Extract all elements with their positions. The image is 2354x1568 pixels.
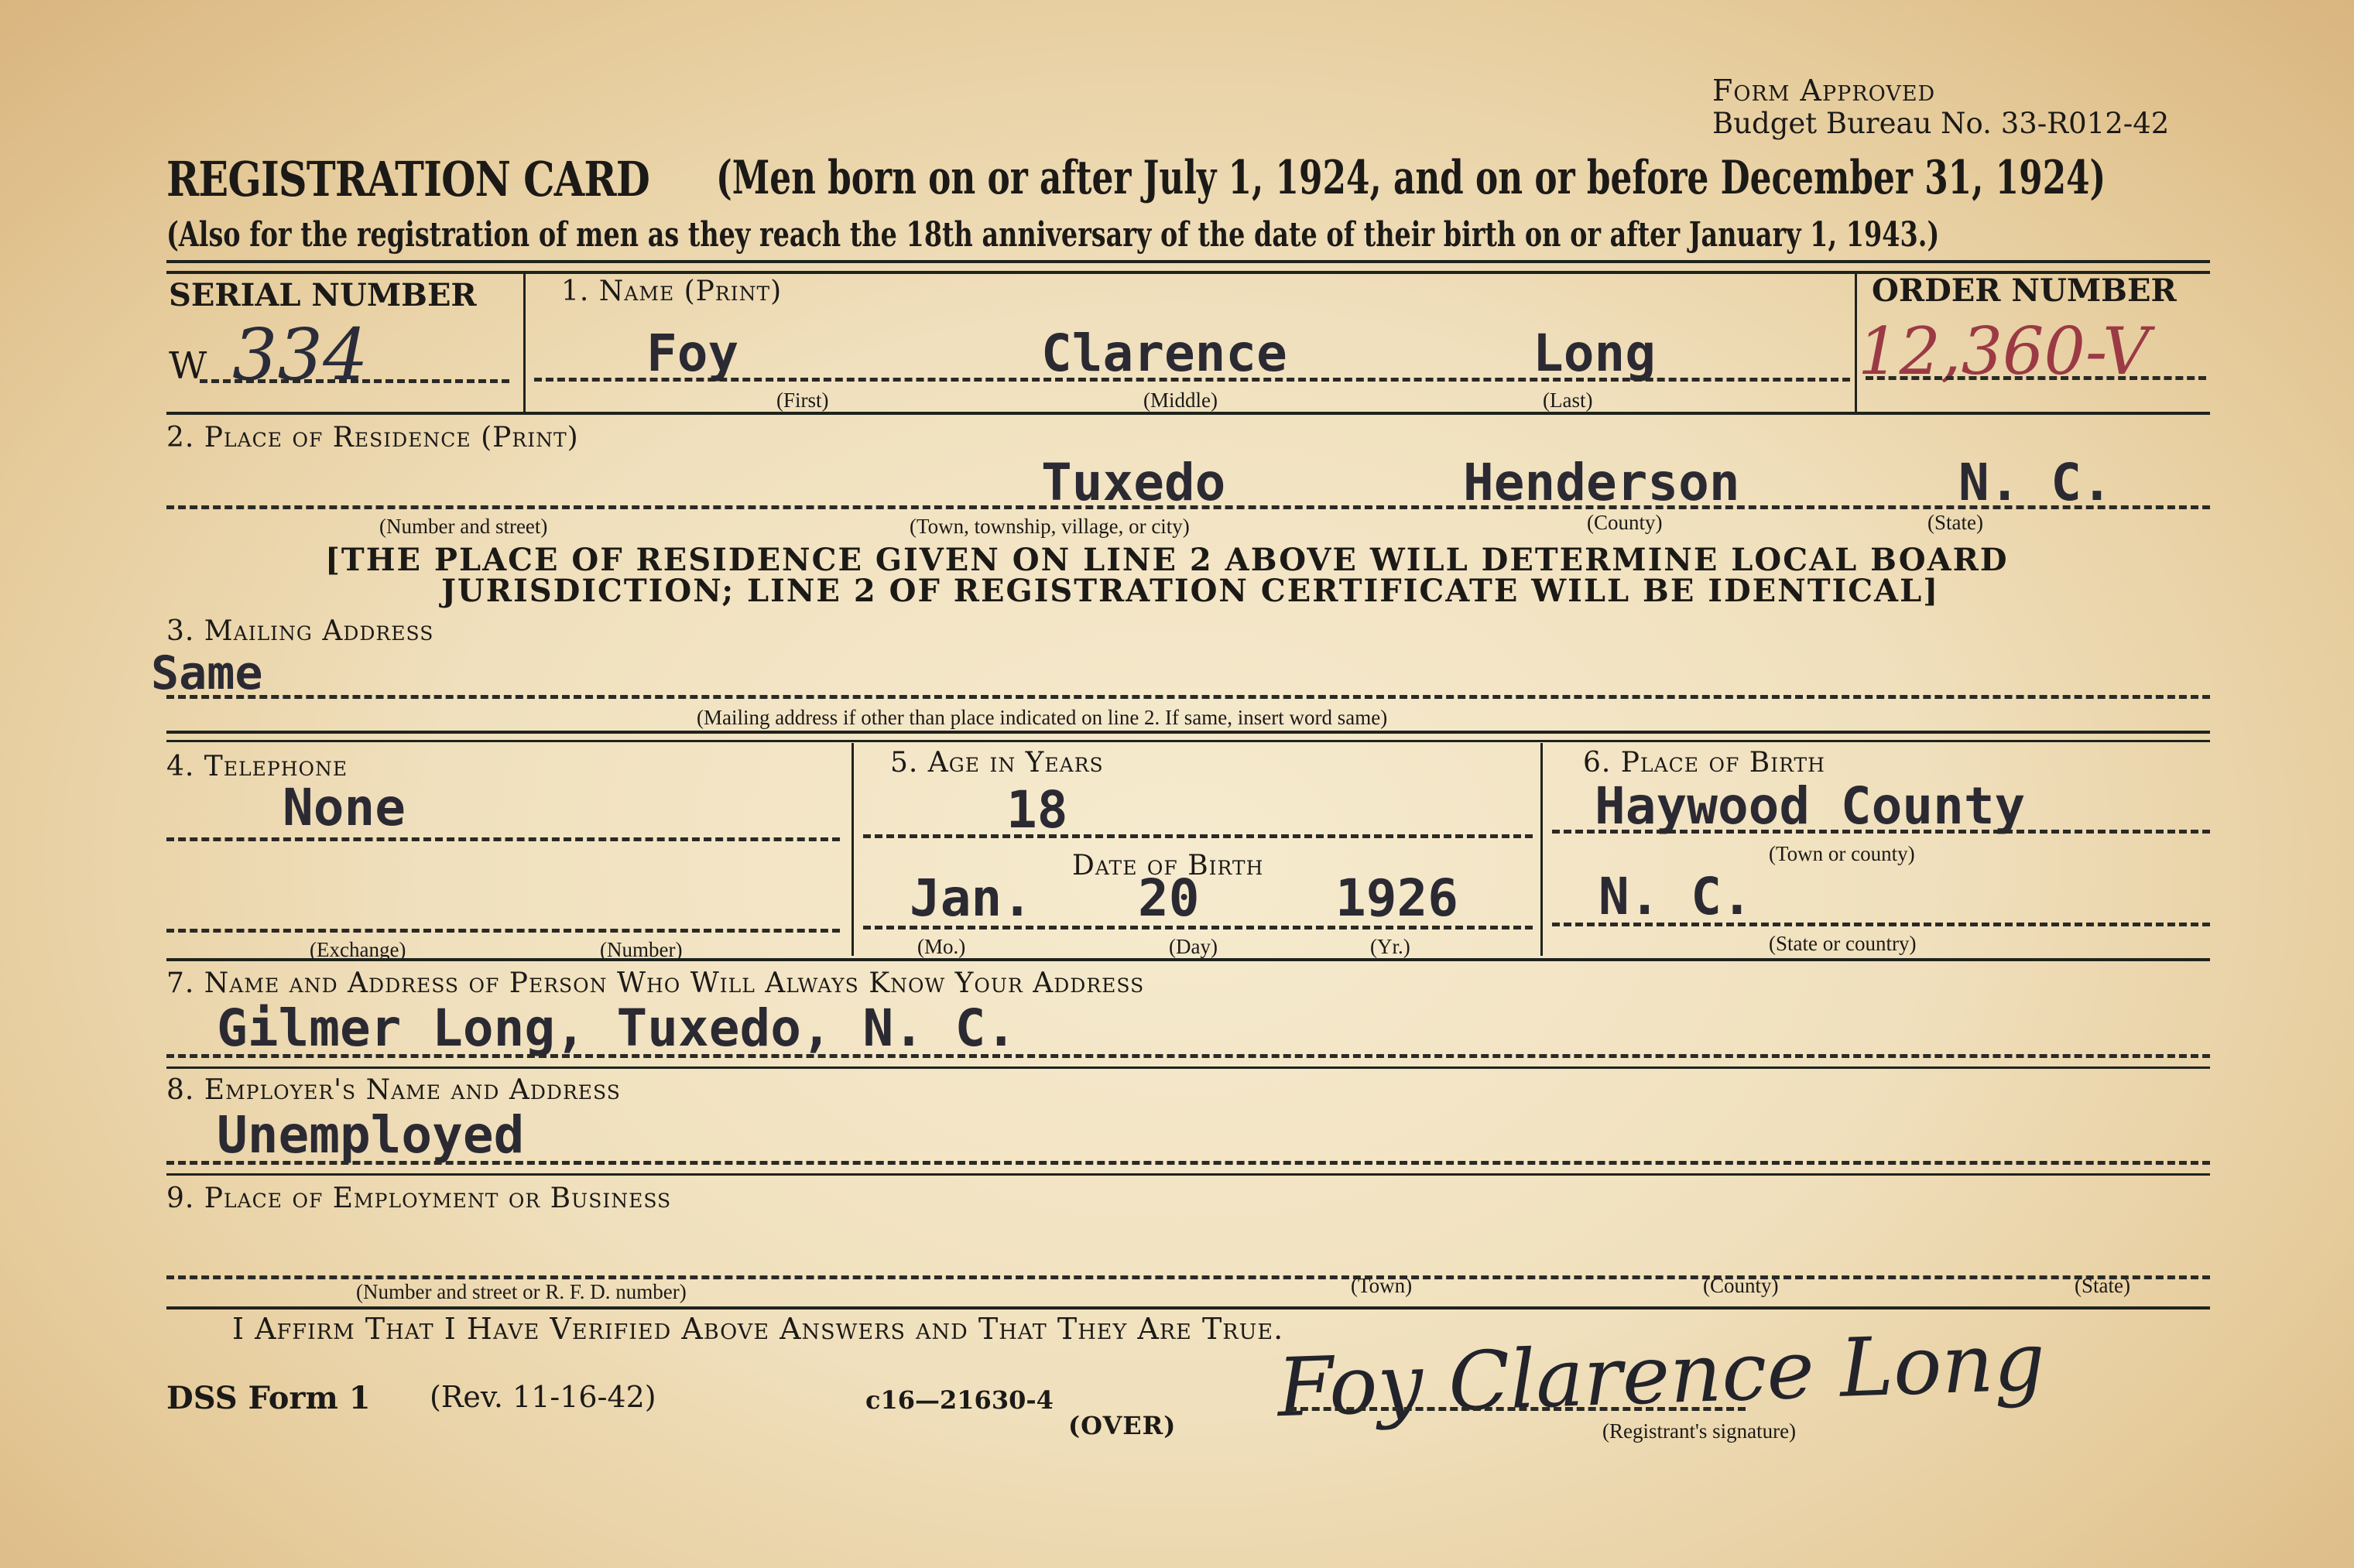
town-hint: (Town, township, village, or city) <box>910 515 1190 539</box>
divider <box>166 958 2210 961</box>
telephone-value[interactable]: None <box>283 778 406 837</box>
divider <box>166 412 2210 415</box>
birth-town-line <box>1552 830 2210 834</box>
residence-state-value[interactable]: N. C. <box>1958 453 2112 512</box>
form-revision: (Rev. 11-16-42) <box>430 1380 656 1414</box>
divider <box>851 743 854 956</box>
divider <box>166 1306 2210 1310</box>
birth-state-line <box>1552 923 2210 926</box>
employment-place-line[interactable] <box>166 1275 2210 1279</box>
affirmation-statement: I Affirm That I Have Verified Above Answ… <box>232 1312 1283 1346</box>
serial-number-label: SERIAL NUMBER <box>169 277 477 313</box>
year-hint: (Yr.) <box>1370 935 1410 959</box>
first-hint: (First) <box>776 389 829 413</box>
birth-state-hint: (State or country) <box>1769 932 1916 956</box>
divider <box>166 740 2210 742</box>
state-hint: (State) <box>1927 511 1983 535</box>
dob-line <box>863 926 1533 930</box>
over-indicator: (OVER) <box>1068 1411 1176 1440</box>
contact-person-label: 7. Name and Address of Person Who Will A… <box>166 967 1144 999</box>
telephone-line <box>166 837 840 841</box>
divider <box>523 274 526 412</box>
serial-line <box>200 379 509 383</box>
signature-line <box>1289 1407 1746 1411</box>
card-eligibility: (Men born on or after July 1, 1924, and … <box>716 151 2106 205</box>
divider <box>166 260 2210 263</box>
mailing-address-value[interactable]: Same <box>151 646 263 700</box>
residence-line <box>166 505 2210 509</box>
employment-state-hint: (State) <box>2075 1274 2130 1298</box>
birth-town-value[interactable]: Haywood County <box>1595 776 2025 836</box>
serial-number-value[interactable]: 334 <box>232 313 368 396</box>
birth-day-value[interactable]: 20 <box>1138 868 1199 928</box>
age-label: 5. Age in Years <box>890 747 1104 779</box>
telephone-line-2 <box>166 929 840 933</box>
residence-county-value[interactable]: Henderson <box>1463 453 1740 512</box>
mailing-line <box>166 695 2210 699</box>
birth-town-hint: (Town or county) <box>1769 842 1915 866</box>
middle-hint: (Middle) <box>1143 389 1218 413</box>
residence-label: 2. Place of Residence (Print) <box>166 422 579 454</box>
name-label: 1. Name (Print) <box>561 276 782 307</box>
last-name-value[interactable]: Long <box>1533 324 1656 383</box>
jurisdiction-notice-line2: JURISDICTION; LINE 2 OF REGISTRATION CER… <box>441 573 1939 609</box>
divider <box>166 731 2210 734</box>
contact-line <box>166 1054 2210 1058</box>
employment-town-hint: (Town) <box>1351 1274 1412 1298</box>
budget-bureau-number: Budget Bureau No. 33-R012-42 <box>1712 107 2169 140</box>
last-hint: (Last) <box>1543 389 1592 413</box>
place-of-birth-label: 6. Place of Birth <box>1583 747 1825 779</box>
age-line <box>863 834 1533 838</box>
residence-town-value[interactable]: Tuxedo <box>1041 453 1225 512</box>
employer-value[interactable]: Unemployed <box>217 1105 524 1165</box>
first-name-value[interactable]: Foy <box>646 324 738 383</box>
name-line <box>534 378 1850 382</box>
print-code: c16—21630-4 <box>865 1385 1054 1415</box>
middle-name-value[interactable]: Clarence <box>1041 324 1287 383</box>
card-title: REGISTRATION CARD <box>166 151 649 207</box>
birth-year-value[interactable]: 1926 <box>1335 868 1458 928</box>
form-approved-label: Form Approved <box>1712 74 1935 108</box>
form-id: DSS Form 1 <box>166 1380 371 1416</box>
employment-place-label: 9. Place of Employment or Business <box>166 1183 671 1214</box>
order-line <box>1866 376 2206 380</box>
mailing-hint: (Mailing address if other than place ind… <box>697 706 1387 730</box>
divider <box>166 1173 2210 1176</box>
employment-street-hint: (Number and street or R. F. D. number) <box>356 1280 687 1304</box>
card-eligibility-note: (Also for the registration of men as the… <box>166 215 1939 255</box>
registrant-signature[interactable]: Foy Clarence Long <box>1276 1314 2047 1436</box>
signature-hint: (Registrant's signature) <box>1602 1419 1796 1443</box>
divider <box>1855 274 1857 412</box>
divider <box>1540 743 1543 956</box>
age-value[interactable]: 18 <box>1006 780 1067 840</box>
birth-month-value[interactable]: Jan. <box>910 868 1033 928</box>
order-number-label: ORDER NUMBER <box>1872 272 2177 309</box>
birth-state-value[interactable]: N. C. <box>1598 867 1753 926</box>
county-hint: (County) <box>1587 511 1663 535</box>
mailing-address-label: 3. Mailing Address <box>166 615 433 647</box>
month-hint: (Mo.) <box>917 935 965 959</box>
street-hint: (Number and street) <box>379 515 547 539</box>
employer-label: 8. Employer's Name and Address <box>166 1074 621 1106</box>
employer-line <box>166 1161 2210 1165</box>
divider <box>166 1066 2210 1069</box>
contact-person-value[interactable]: Gilmer Long, Tuxedo, N. C. <box>217 998 1016 1058</box>
day-hint: (Day) <box>1169 935 1218 959</box>
employment-county-hint: (County) <box>1703 1274 1779 1298</box>
